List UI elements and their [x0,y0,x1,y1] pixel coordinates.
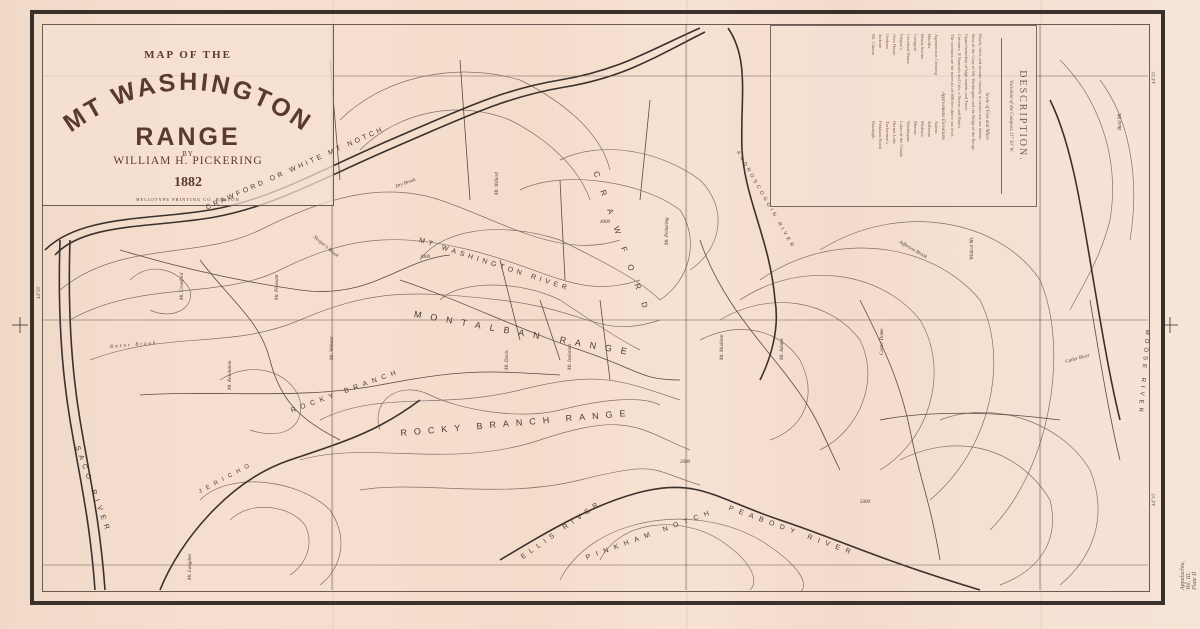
elevation-item: Boulder [926,34,933,111]
plate-reference: Appalachia, Vol. III, Plate II [1180,561,1198,590]
compass-variation: Variation of the Compass 11° 30' W. [1008,26,1013,206]
peak-label: Mt. Willard [495,172,500,195]
description-title: DESCRIPTION. [1017,26,1028,206]
elevation-item: Lakes of the Clouds [898,121,905,198]
elevations-col-right: Adams Jefferson Madison Monroe Washingto… [870,121,940,198]
latitude-label: 44°10' [1152,493,1157,506]
description-legend: DESCRIPTION. Variation of the Compass 11… [770,25,1037,207]
peak-label: Mt. Madison [720,334,725,360]
legend-line: Upper boundary of high woods, and Trees. [963,26,970,206]
author: WILLIAM H. PICKERING [43,155,333,167]
peak-label: Mt. Resolution [228,361,233,390]
scale-label: Scale of Feet and Miles [984,26,989,206]
contour-label: 3000 [420,255,430,260]
elevation-item: Bemis Station [919,34,926,111]
legend-line: Contours. X Summits and Cols. o Towns an… [956,26,963,206]
contour-label: 2000 [680,460,690,465]
elevation-item: Adams [933,121,940,198]
elevation-item: Gorham [884,34,891,111]
peak-label: Mt. Adams [780,338,785,360]
elevation-item: Randolph [870,121,877,198]
contour-label: 4000 [600,220,610,225]
peak-label: Mt. Langdon [188,554,193,580]
peak-label: Mt. Pickering [665,218,670,246]
elevation-item: Glen House [891,34,898,111]
elevations-header: Approximate Elevations [940,26,945,206]
peak-label: Carter Dome [880,328,885,355]
title-cartouche: MAP OF THE MT WASHINGTON RANGE BY WILLIA… [43,25,334,206]
legend-line: Base of the Cone of Mt. Washington and t… [970,26,977,206]
elevation-item: Hermit Lake [891,121,898,198]
description-rotated: DESCRIPTION. Variation of the Compass 11… [771,26,1036,206]
year: 1882 [43,175,333,191]
elevation-item: Monroe [912,121,919,198]
elevation-item: Carrigain [912,34,919,111]
contour-label: 5000 [860,500,870,505]
elevations-col-left: Agamenticus Crossing Boulder Bemis Stati… [870,34,940,111]
elevation-item: Madison [919,121,926,198]
printer-credit: HELIOTYPE PRINTING CO. BOSTON [43,197,333,202]
legend-line: The contours are for intervals of 500 fe… [949,26,956,206]
elevation-item: Jefferson [926,121,933,198]
title-range: RANGE [43,123,333,152]
elevations-table: Agamenticus Crossing Boulder Bemis Stati… [870,26,940,206]
elevation-item: Fabyan's [898,34,905,111]
elevation-item: Agamenticus Crossing [933,34,940,111]
latitude-label: 44°20' [1152,71,1157,84]
legend-line: Roads, trails and streams visually in cu… [977,26,984,206]
elevation-item: Mt. Clinton [870,34,877,111]
elevation-item: Pinkham Notch [877,121,884,198]
elevation-item: Crawford House [905,34,912,111]
peak-label: Bald Mt. [1118,113,1123,131]
peak-label: Wildcat Mt. [970,237,975,260]
scale-bar [995,38,1002,194]
peak-label: Mt. Webster [330,336,335,360]
peak-label: Mt. Crawford [180,273,185,300]
peak-label: Mt. Pleasant [275,274,280,300]
peak-label: Mt. Isolation [568,344,573,370]
elevation-item: Washington [905,121,912,198]
elevation-item: Jackson [877,34,884,111]
latitude-label: 44°20' [37,286,42,299]
elevation-item: Tuckerman's [884,121,891,198]
peak-label: Mt. Davis [505,350,510,370]
